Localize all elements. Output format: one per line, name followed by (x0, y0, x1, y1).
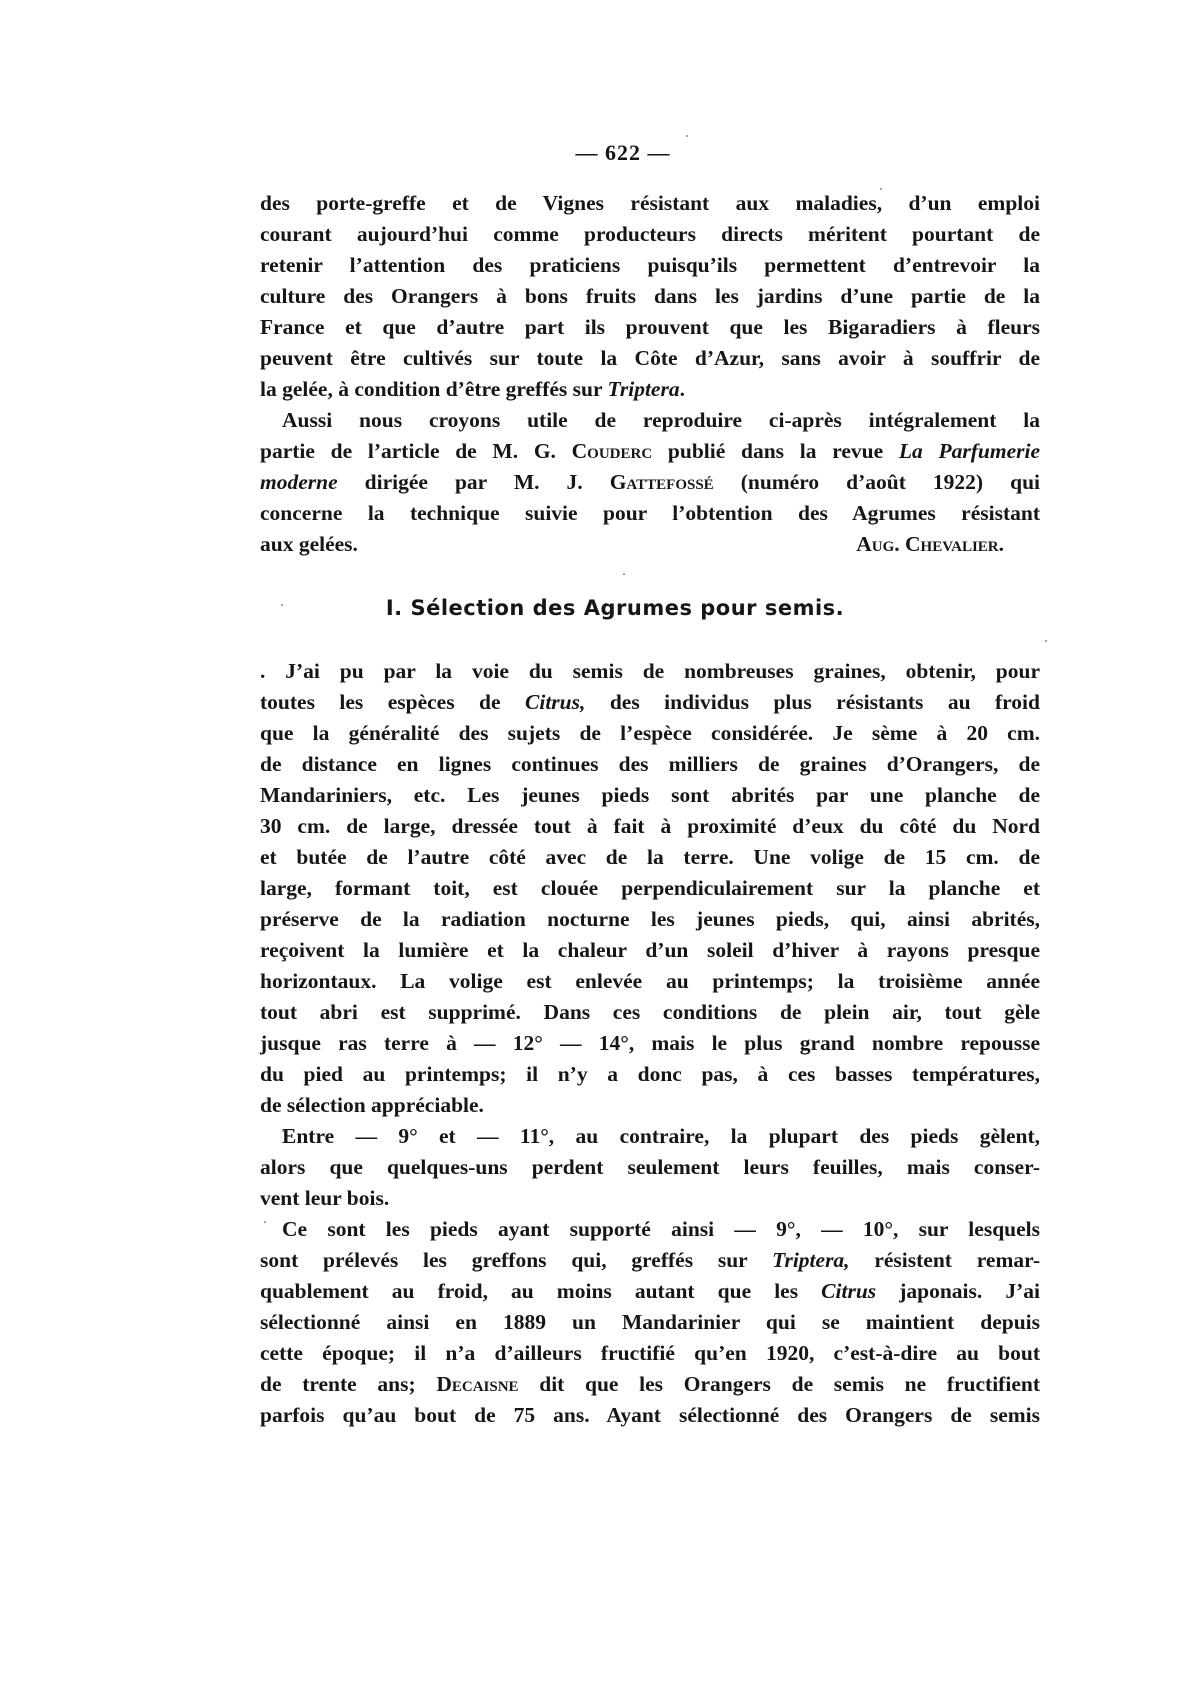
text-span: résistent remar- (850, 1248, 1040, 1272)
text-line: partie de l’article de M. G. Couderc pub… (260, 436, 1040, 467)
text-line: parfois qu’au bout de 75 ans. Ayant séle… (260, 1400, 1040, 1431)
text-line: sont prélevés les greffons qui, greffés … (260, 1245, 1040, 1276)
text-span: toutes les espèces de (260, 690, 525, 714)
italic-term-triptera: Triptera, (772, 1248, 849, 1272)
text-line: de sélection appréciable. (260, 1090, 1040, 1121)
text-line: France et que d’autre part ils prouvent … (260, 312, 1040, 343)
section-heading: I. Sélection des Agrumes pour semis. (0, 596, 1190, 620)
scan-speck (623, 573, 625, 575)
text-line: Ce sont les pieds ayant supporté ainsi —… (282, 1214, 1040, 1245)
text-line: et butée de l’autre côté avec de la terr… (260, 842, 1040, 873)
text-span: . (680, 377, 685, 401)
text-line: jusque ras terre à — 12° — 14°, mais le … (260, 1028, 1040, 1059)
journal-title: moderne (260, 470, 338, 494)
text-span: quablement au froid, au moins autant que… (260, 1279, 821, 1303)
text-line: moderne dirigée par M. J. Gattefossé (nu… (260, 467, 1040, 498)
text-line: vent leur bois. (260, 1183, 1040, 1214)
text-line: sélectionné ainsi en 1889 un Mandarinier… (260, 1307, 1040, 1338)
author-name-decaisne: Decaisne (436, 1372, 518, 1396)
text-line: courant aujourd’hui comme producteurs di… (260, 219, 1040, 250)
italic-term-citrus: Citrus (821, 1279, 876, 1303)
document-page: — 622 — des porte-greffe et de Vignes ré… (0, 0, 1190, 1684)
italic-term-triptera: Triptera (608, 377, 680, 401)
scan-speck (1045, 640, 1047, 642)
text-line: concerne la technique suivie pour l’obte… (260, 498, 1040, 529)
text-span: aux gelées. (260, 529, 358, 560)
text-line: toutes les espèces de Citrus, des indivi… (260, 687, 1040, 718)
text-line: que la généralité des sujets de l’espèce… (260, 718, 1040, 749)
text-span: la gelée, à condition d’être greffés sur (260, 377, 608, 401)
text-line: Aussi nous croyons utile de reproduire c… (282, 405, 1040, 436)
text-line: large, formant toit, est clouée perpendi… (260, 873, 1040, 904)
text-line: culture des Orangers à bons fruits dans … (260, 281, 1040, 312)
scan-speck (686, 135, 688, 137)
text-line: Entre — 9° et — 11°, au contraire, la pl… (282, 1121, 1040, 1152)
text-line: reçoivent la lumière et la chaleur d’un … (260, 935, 1040, 966)
scan-speck (282, 1130, 284, 1132)
text-span: de trente ans; (260, 1372, 436, 1396)
scan-speck (281, 604, 283, 606)
text-line: cette époque; il n’a d’ailleurs fructifi… (260, 1338, 1040, 1369)
text-span: des individus plus résistants au froid (585, 690, 1040, 714)
signature: Aug. Chevalier. (856, 529, 1040, 560)
text-line: la gelée, à condition d’être greffés sur… (260, 374, 1040, 405)
text-span: japonais. J’ai (876, 1279, 1040, 1303)
text-span: (numéro d’août 1922) qui (714, 470, 1040, 494)
text-line: Mandariniers, etc. Les jeunes pieds sont… (260, 780, 1040, 811)
text-line: de distance en lignes continues des mill… (260, 749, 1040, 780)
text-line: peuvent être cultivés sur toute la Côte … (260, 343, 1040, 374)
text-line: quablement au froid, au moins autant que… (260, 1276, 1040, 1307)
signature-line: aux gelées. Aug. Chevalier. (260, 529, 1040, 560)
text-span: partie de l’article de M. G. (260, 439, 572, 463)
text-line: préserve de la radiation nocturne les je… (260, 904, 1040, 935)
italic-term-citrus: Citrus, (525, 690, 585, 714)
scan-speck (880, 188, 882, 190)
journal-title: La Parfumerie (899, 439, 1040, 463)
editor-name-gattefosse: Gattefossé (610, 470, 714, 494)
text-span: dirigée par M. J. (338, 470, 610, 494)
author-name-couderc: Couderc (572, 439, 653, 463)
text-line: retenir l’attention des praticiens puisq… (260, 250, 1040, 281)
text-line: . J’ai pu par la voie du semis de nombre… (260, 656, 1040, 687)
scan-speck (264, 1221, 266, 1223)
text-line: de trente ans; Decaisne dit que les Oran… (260, 1369, 1040, 1400)
text-line: des porte-greffe et de Vignes résistant … (260, 188, 1040, 219)
text-line: tout abri est supprimé. Dans ces conditi… (260, 997, 1040, 1028)
page-number: — 622 — (0, 140, 1190, 166)
text-span: publié dans la revue (652, 439, 899, 463)
text-line: du pied au printemps; il n’y a donc pas,… (260, 1059, 1040, 1090)
text-span: sont prélevés les greffons qui, greffés … (260, 1248, 772, 1272)
text-line: alors que quelques-uns perdent seulement… (260, 1152, 1040, 1183)
text-line: 30 cm. de large, dressée tout à fait à p… (260, 811, 1040, 842)
text-span: dit que les Orangers de semis ne fructif… (519, 1372, 1040, 1396)
text-line: horizontaux. La volige est enlevée au pr… (260, 966, 1040, 997)
